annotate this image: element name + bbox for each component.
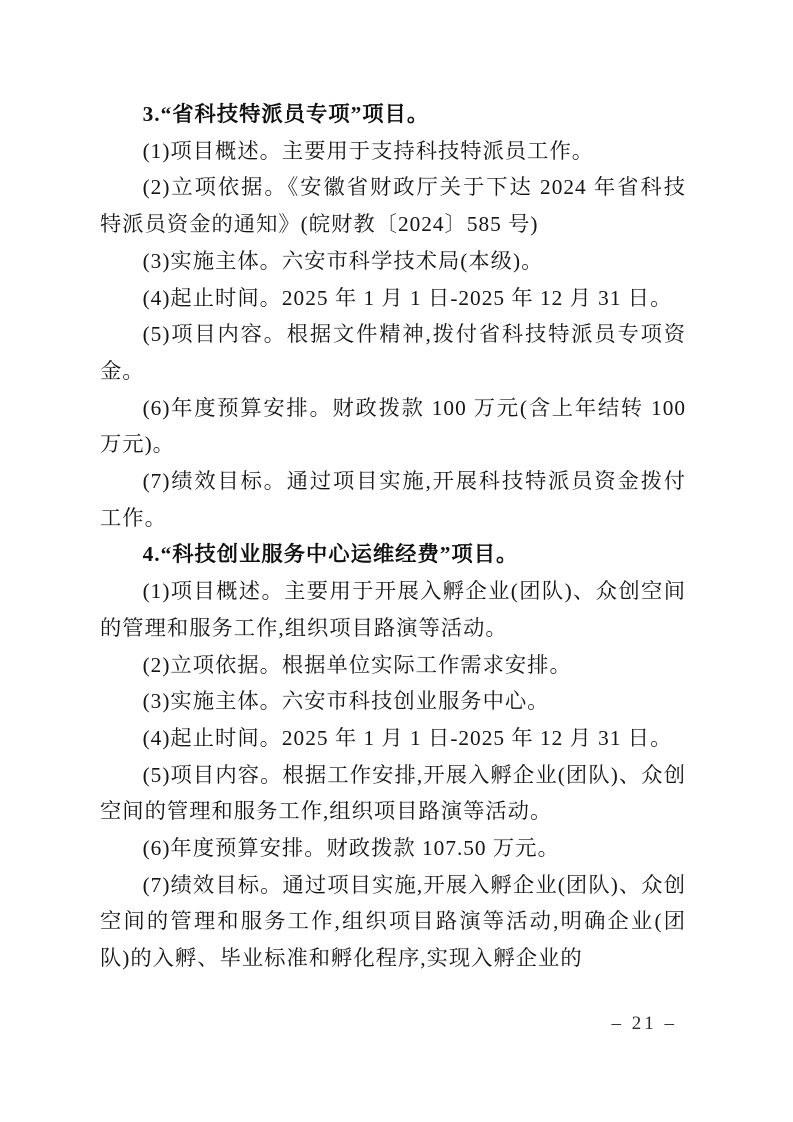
paragraph-time-range: (4)起止时间。2025 年 1 月 1 日-2025 年 12 月 31 日。 xyxy=(100,720,686,757)
paragraph-time-range: (4)起止时间。2025 年 1 月 1 日-2025 年 12 月 31 日。 xyxy=(100,280,686,317)
paragraph-content: (5)项目内容。根据文件精神,拨付省科技特派员专项资金。 xyxy=(100,316,686,389)
document-page: 3.“省科技特派员专项”项目。 (1)项目概述。主要用于支持科技特派员工作。 (… xyxy=(0,0,793,1122)
project-heading-4: 4.“科技创业服务中心运维经费”项目。 xyxy=(100,536,686,573)
paragraph-implementer: (3)实施主体。六安市科技创业服务中心。 xyxy=(100,683,686,720)
paragraph-performance-goal: (7)绩效目标。通过项目实施,开展科技特派员资金拨付工作。 xyxy=(100,463,686,536)
paragraph-budget: (6)年度预算安排。财政拨款 107.50 万元。 xyxy=(100,830,686,867)
paragraph-basis: (2)立项依据。根据单位实际工作需求安排。 xyxy=(100,647,686,684)
project-heading-3: 3.“省科技特派员专项”项目。 xyxy=(100,96,686,133)
paragraph-content: (5)项目内容。根据工作安排,开展入孵企业(团队)、众创空间的管理和服务工作,组… xyxy=(100,757,686,830)
paragraph-overview: (1)项目概述。主要用于支持科技特派员工作。 xyxy=(100,133,686,170)
paragraph-basis: (2)立项依据。《安徽省财政厅关于下达 2024 年省科技特派员资金的通知》(皖… xyxy=(100,169,686,242)
paragraph-overview: (1)项目概述。主要用于开展入孵企业(团队)、众创空间的管理和服务工作,组织项目… xyxy=(100,573,686,646)
paragraph-performance-goal: (7)绩效目标。通过项目实施,开展入孵企业(团队)、众创空间的管理和服务工作,组… xyxy=(100,867,686,977)
document-body: 3.“省科技特派员专项”项目。 (1)项目概述。主要用于支持科技特派员工作。 (… xyxy=(100,96,686,977)
paragraph-budget: (6)年度预算安排。财政拨款 100 万元(含上年结转 100 万元)。 xyxy=(100,390,686,463)
paragraph-implementer: (3)实施主体。六安市科学技术局(本级)。 xyxy=(100,243,686,280)
page-number: – 21 – xyxy=(612,1012,678,1036)
